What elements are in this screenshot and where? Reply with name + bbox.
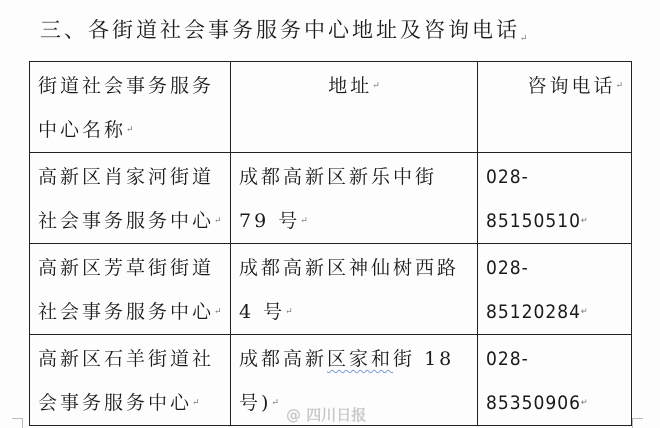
cell-name: 高新区肖家河街道社会事务服务中心↵ — [30, 153, 231, 244]
spellcheck-squiggle: 区家和 — [327, 348, 393, 370]
cell-phone: 028-85120284↵ — [478, 244, 632, 335]
section-heading: 三、各街道社会事务服务中心地址及咨询电话↵ — [40, 14, 528, 44]
cell-name: 高新区石羊街道社会事务服务中心↵ — [30, 335, 231, 426]
page-corner-mark — [632, 418, 643, 428]
watermark: @ 四川日报 — [286, 404, 366, 425]
cell-address: 成都高新区神仙树西路 4 号↵ — [231, 244, 478, 335]
header-phone: 咨询电话↵ — [478, 62, 632, 153]
cell-name: 高新区芳草街街道社会事务服务中心↵ — [30, 244, 231, 335]
service-center-table: 街道社会事务服务中心名称↵ 地址↵ 咨询电话↵ 高新区肖家河街道社会事务服务中心… — [29, 61, 632, 426]
table-row: 高新区肖家河街道社会事务服务中心↵ 成都高新区新乐中街 79 号↵ 028-85… — [30, 153, 632, 244]
table-header-row: 街道社会事务服务中心名称↵ 地址↵ 咨询电话↵ — [30, 62, 632, 153]
cell-phone: 028-85150510↵ — [478, 153, 632, 244]
paragraph-mark-icon: ↵ — [520, 34, 528, 44]
cell-phone: 028-85350906↵ — [478, 335, 632, 426]
page-corner-mark — [12, 418, 23, 428]
header-name: 街道社会事务服务中心名称↵ — [30, 62, 231, 153]
cell-address: 成都高新区新乐中街 79 号↵ — [231, 153, 478, 244]
header-address: 地址↵ — [231, 62, 478, 153]
table-row: 高新区芳草街街道社会事务服务中心↵ 成都高新区神仙树西路 4 号↵ 028-85… — [30, 244, 632, 335]
